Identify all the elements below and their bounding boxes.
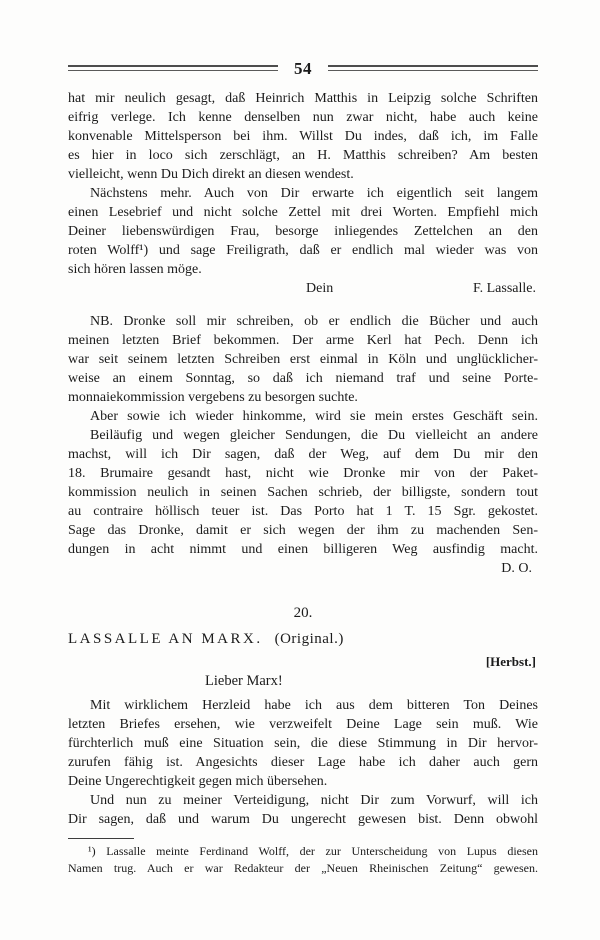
- footnote-separator: [68, 838, 134, 839]
- text-line: kommission neulich in seinen Sachen schr…: [68, 483, 538, 502]
- section-heading-original: (Original.): [275, 629, 344, 649]
- text-line: Mit wirklichem Herzleid habe ich aus dem…: [68, 696, 538, 715]
- text-line: Beiläufig und wegen gleicher Sendungen, …: [68, 426, 538, 445]
- text-line: dungen in acht nimmt und einen billigere…: [68, 540, 538, 559]
- section-number: 20.: [68, 604, 538, 623]
- footnote-line: Namen trug. Auch er war Redakteur der „N…: [68, 860, 538, 877]
- paragraph: Beiläufig und wegen gleicher Sendungen, …: [68, 426, 538, 559]
- paragraph-nb: NB. Dronke soll mir schreiben, ob er end…: [68, 312, 538, 407]
- text-line: fürchterlich muß eine Situation sein, di…: [68, 734, 538, 753]
- signature-name: F. Lassalle.: [473, 279, 538, 298]
- section-heading-title: LASSALLE AN MARX.: [68, 629, 263, 649]
- text-line: zurufen fähig ist. Angesichts dieser Lag…: [68, 753, 538, 772]
- valediction: Dein: [306, 279, 333, 298]
- text-line: machst, will ich Dir sagen, daß der Weg,…: [68, 445, 538, 464]
- text-line: einen Lesebrief und nicht solche Zettel …: [68, 203, 538, 222]
- paragraph: Aber sowie ich wieder hinkomme, wird sie…: [68, 407, 538, 426]
- page-number: 54: [278, 60, 328, 77]
- footnote-line: ¹) Lassalle meinte Ferdinand Wolff, der …: [68, 843, 538, 860]
- date-annotation: [Herbst.]: [68, 653, 538, 670]
- paragraph: Nächstens mehr. Auch von Dir erwarte ich…: [68, 184, 538, 279]
- running-head: 54: [68, 58, 538, 78]
- header-rule-left: [68, 65, 278, 71]
- text-line: Aber sowie ich wieder hinkomme, wird sie…: [68, 407, 538, 426]
- text-line: Und nun zu meiner Verteidigung, nicht Di…: [68, 791, 538, 810]
- text-line: 18. Brumaire gesandt hast, nicht wie Dro…: [68, 464, 538, 483]
- text-line: au contraire höllisch teuer ist. Das Por…: [68, 502, 538, 521]
- text-line: meinen letzten Brief bekommen. Der arme …: [68, 331, 538, 350]
- text-line: Sage das Dronke, damit er sich wegen der…: [68, 521, 538, 540]
- signature-row: Dein F. Lassalle.: [68, 279, 538, 298]
- document-page: 54 hat mir neulich gesagt, daß Heinrich …: [0, 0, 600, 940]
- salutation: Lieber Marx!: [205, 672, 538, 691]
- text-line: weise an einem Sonntag, so daß ich niema…: [68, 369, 538, 388]
- text-line: konvenable Mittelsperson bei ihm. Willst…: [68, 127, 538, 146]
- text-line: monnaiekommission vergebens zu besorgen …: [68, 388, 538, 407]
- footnote: ¹) Lassalle meinte Ferdinand Wolff, der …: [68, 843, 538, 877]
- text-line: NB. Dronke soll mir schreiben, ob er end…: [68, 312, 538, 331]
- text-line: war seit seinem letzten Schreiben erst e…: [68, 350, 538, 369]
- paragraph: Mit wirklichem Herzleid habe ich aus dem…: [68, 696, 538, 791]
- section-heading: LASSALLE AN MARX. (Original.): [68, 629, 538, 649]
- text-line: es hier in loco sich zerschlägt, an H. M…: [68, 146, 538, 165]
- text-line: Deiner liebenswürdigen Frau, besorge inl…: [68, 222, 538, 241]
- paragraph: Und nun zu meiner Verteidigung, nicht Di…: [68, 791, 538, 829]
- text-line: letzten Briefes ersehen, wie verzweifelt…: [68, 715, 538, 734]
- text-line: eifrig verlege. Ich kenne denselben nun …: [68, 108, 538, 127]
- body-text: hat mir neulich gesagt, daß Heinrich Mat…: [68, 89, 538, 877]
- text-line: Dir sagen, daß und warum Du ungerecht ge…: [68, 810, 538, 829]
- text-line: hat mir neulich gesagt, daß Heinrich Mat…: [68, 89, 538, 108]
- text-line: Nächstens mehr. Auch von Dir erwarte ich…: [68, 184, 538, 203]
- text-line: Deine Ungerechtigkeit gegen mich überseh…: [68, 772, 538, 791]
- header-rule-right: [328, 65, 538, 71]
- text-line: roten Wolff¹) und sage Freiligrath, daß …: [68, 241, 538, 260]
- ps-signature: D. O.: [68, 559, 538, 578]
- text-line: sich hören lassen möge.: [68, 260, 538, 279]
- text-line: vielleicht, wenn Du Dich direkt an diese…: [68, 165, 538, 184]
- paragraph: hat mir neulich gesagt, daß Heinrich Mat…: [68, 89, 538, 184]
